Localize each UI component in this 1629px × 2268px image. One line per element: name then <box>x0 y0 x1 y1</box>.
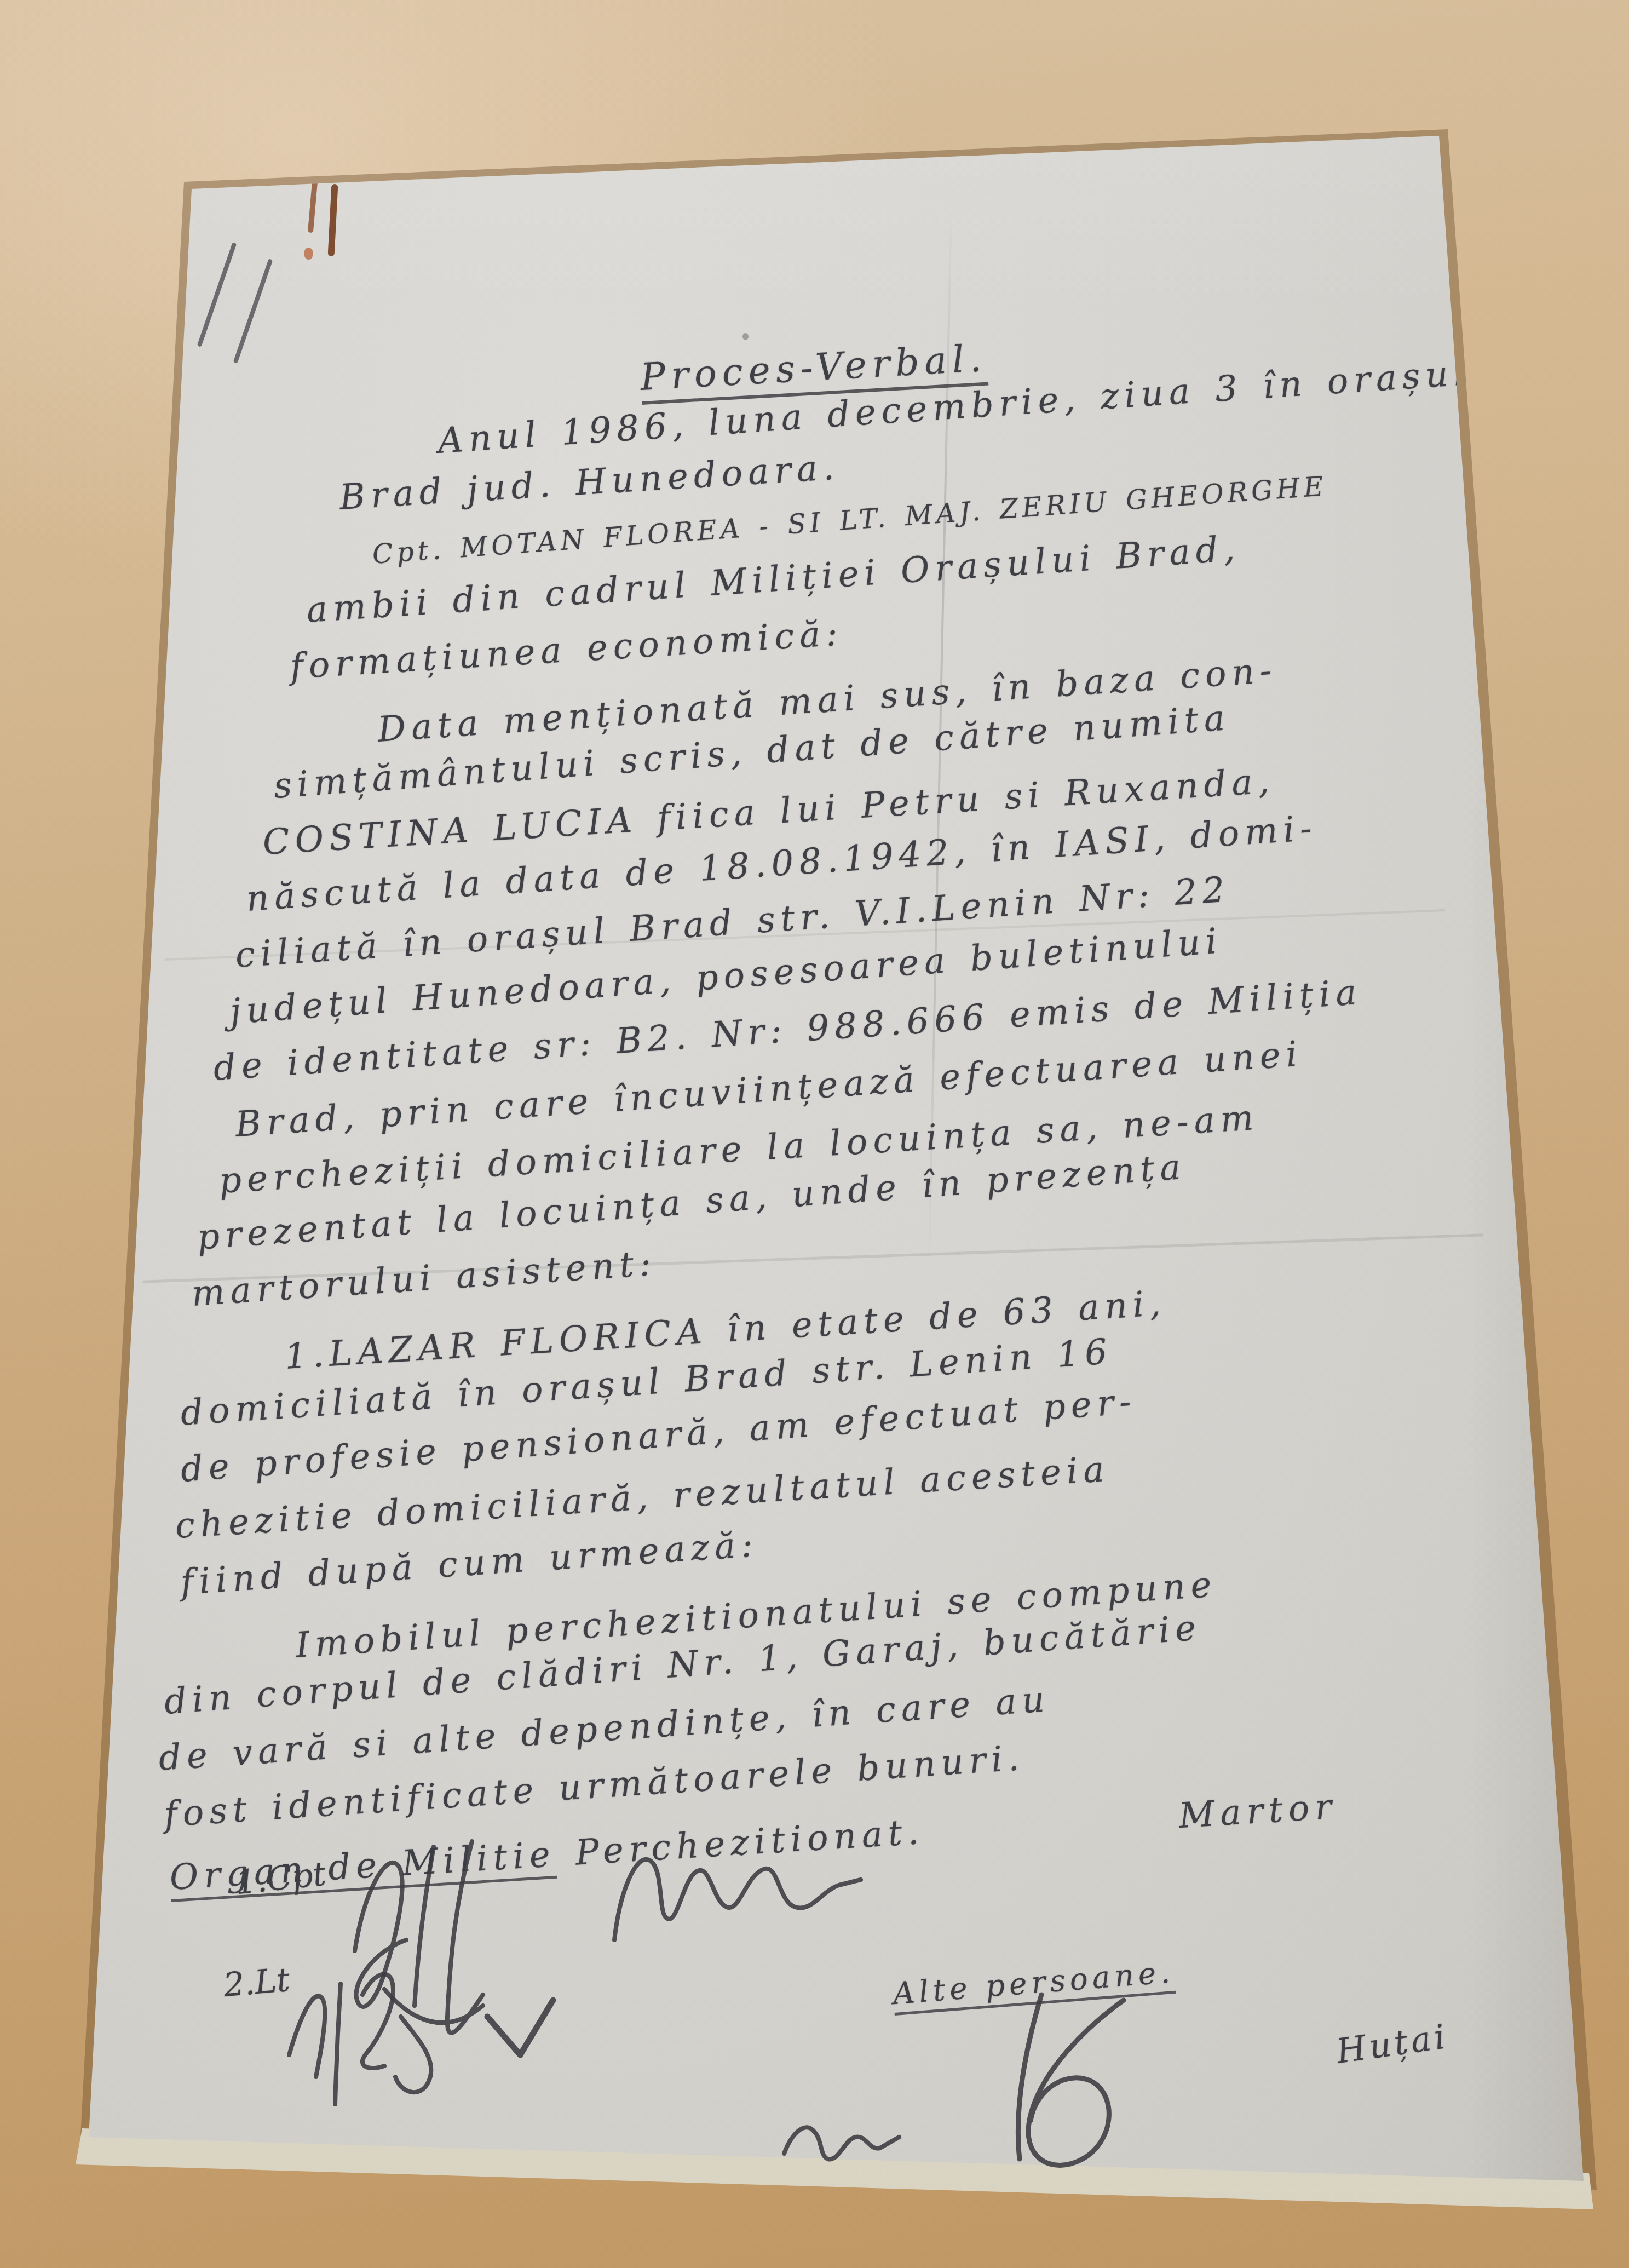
rust-stain <box>304 248 313 260</box>
signature-lt-label: 2.Lt <box>222 1961 291 2005</box>
closing-organ-label: Organ de Militie <box>169 1834 557 1902</box>
document-paper: Proces-Verbal. Anul 1986, luna decembrie… <box>0 0 1629 2268</box>
witness-signature-text: Huțai <box>1334 2016 1451 2071</box>
document-text: Proces-Verbal. Anul 1986, luna decembrie… <box>235 351 1495 1907</box>
closing-martor-label: Martor <box>1178 1787 1338 1837</box>
rust-stain <box>308 181 318 233</box>
ink-dot <box>742 333 749 340</box>
other-persons-label: Alte persoane. <box>891 1954 1176 2011</box>
closing-perchezitionat-label: Perchezitionat. <box>574 1812 925 1874</box>
rust-stain <box>328 184 338 256</box>
